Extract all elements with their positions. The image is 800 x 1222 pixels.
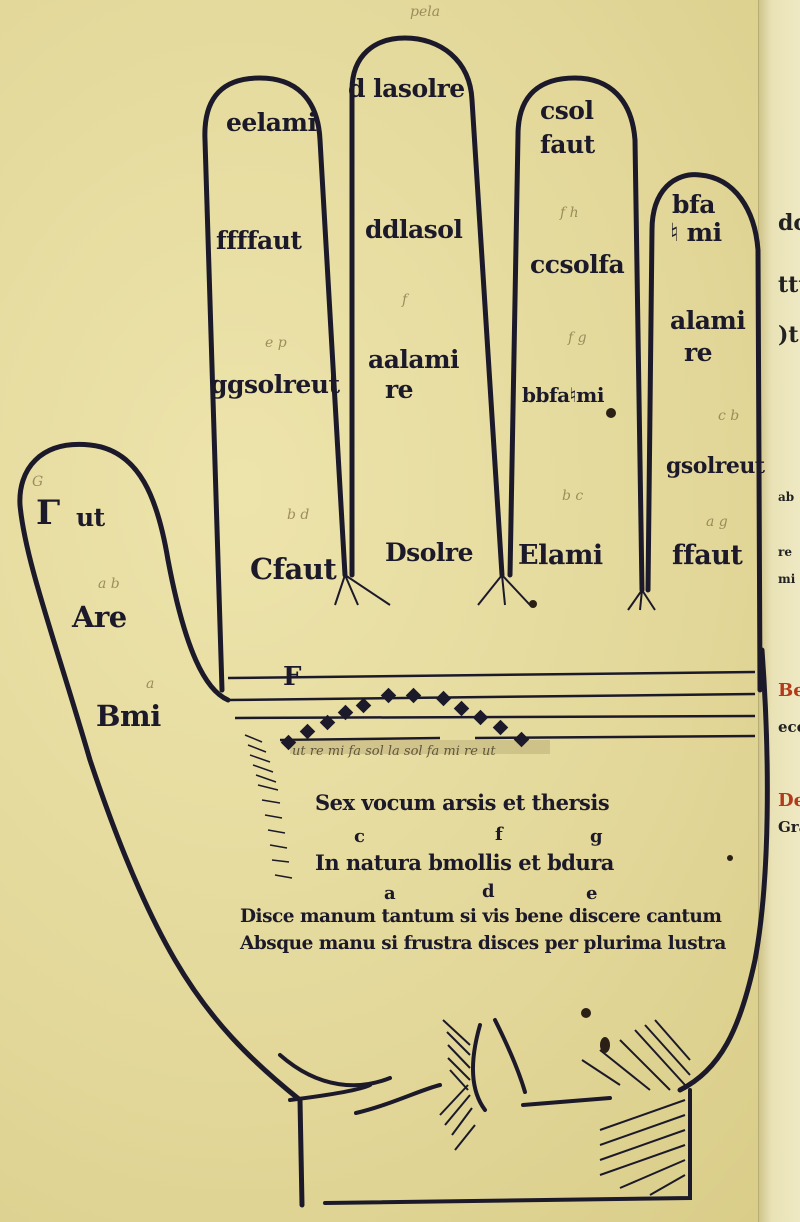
marginal-note-top: pela	[410, 4, 440, 20]
marginal-note: a	[146, 676, 154, 692]
thumb-label-ut: ut	[76, 505, 105, 530]
verse-gloss-2a: a	[384, 885, 395, 903]
facing-page-text: ttt	[778, 272, 800, 298]
facing-page-text: Gra	[778, 818, 800, 836]
verse-line-1: Sex vocum arsis et thersis	[315, 792, 609, 813]
middle-label-1: d lasolre	[348, 76, 465, 101]
index-label-4: Cfaut	[250, 555, 336, 584]
ring-label-2: ccsolfa	[530, 252, 624, 277]
facing-page-rubric: De	[778, 790, 800, 811]
facing-page-text: mi	[778, 572, 795, 586]
marginal-note: f	[402, 292, 407, 308]
verse-gloss-2b: d	[482, 883, 494, 901]
verse-gloss-1b: f	[495, 826, 502, 844]
marginal-note: a b	[98, 576, 120, 592]
verse-gloss-1a: c	[354, 828, 364, 846]
little-label-1a: bfa	[672, 192, 715, 217]
facing-page-text: ecce	[778, 718, 800, 736]
little-label-2b: re	[684, 340, 712, 365]
verse-line-2: In natura bmollis et bdura	[315, 852, 614, 873]
marginal-note: G	[32, 474, 43, 490]
little-label-3: gsolreut	[666, 455, 765, 477]
marginal-note: f g	[568, 330, 587, 346]
facing-page-text: )t	[778, 322, 799, 348]
index-label-1: eelami	[226, 110, 316, 135]
marginal-note: a g	[706, 514, 728, 530]
facing-page-text: re	[778, 545, 792, 559]
little-label-2a: alami	[670, 308, 745, 333]
verse-line-3: Disce manum tantum si vis bene discere c…	[240, 908, 721, 927]
ring-label-4: Elami	[518, 542, 603, 569]
thumb-label-are: Are	[72, 603, 127, 632]
verse-gloss-2c: e	[586, 885, 597, 903]
marginal-note: b d	[287, 507, 309, 523]
solmization-syllables: ut re mi fa sol la sol fa mi re ut	[292, 744, 496, 759]
index-label-3: ggsolreut	[210, 372, 340, 397]
middle-label-3b: re	[385, 377, 413, 402]
little-label-4: ffaut	[672, 542, 742, 569]
middle-label-2: ddlasol	[365, 217, 462, 242]
facing-page-text: ab	[778, 490, 794, 504]
ring-label-3: bbfa♮mi	[522, 385, 604, 405]
marginal-note: e p	[265, 335, 287, 351]
facing-page-rubric: Be	[778, 680, 800, 701]
thumb-label-bmi: Bmi	[96, 702, 161, 731]
ring-label-1a: csol	[540, 98, 593, 123]
facing-page-text: dc	[778, 210, 800, 236]
ring-label-1b: faut	[540, 132, 595, 157]
marginal-note: b c	[562, 488, 583, 504]
verse-gloss-1c: g	[590, 828, 602, 846]
f-clef: F	[283, 664, 301, 690]
gamma-initial: Γ	[36, 496, 60, 530]
marginal-note: f h	[560, 205, 579, 221]
middle-label-4: Dsolre	[385, 540, 473, 565]
verse-line-4: Absque manu si frustra disces per plurim…	[240, 935, 726, 954]
marginal-note: c b	[718, 408, 739, 424]
middle-label-3a: aalami	[368, 347, 459, 372]
index-label-2: ffffaut	[216, 228, 301, 253]
little-label-1b: ♮ mi	[670, 220, 722, 245]
